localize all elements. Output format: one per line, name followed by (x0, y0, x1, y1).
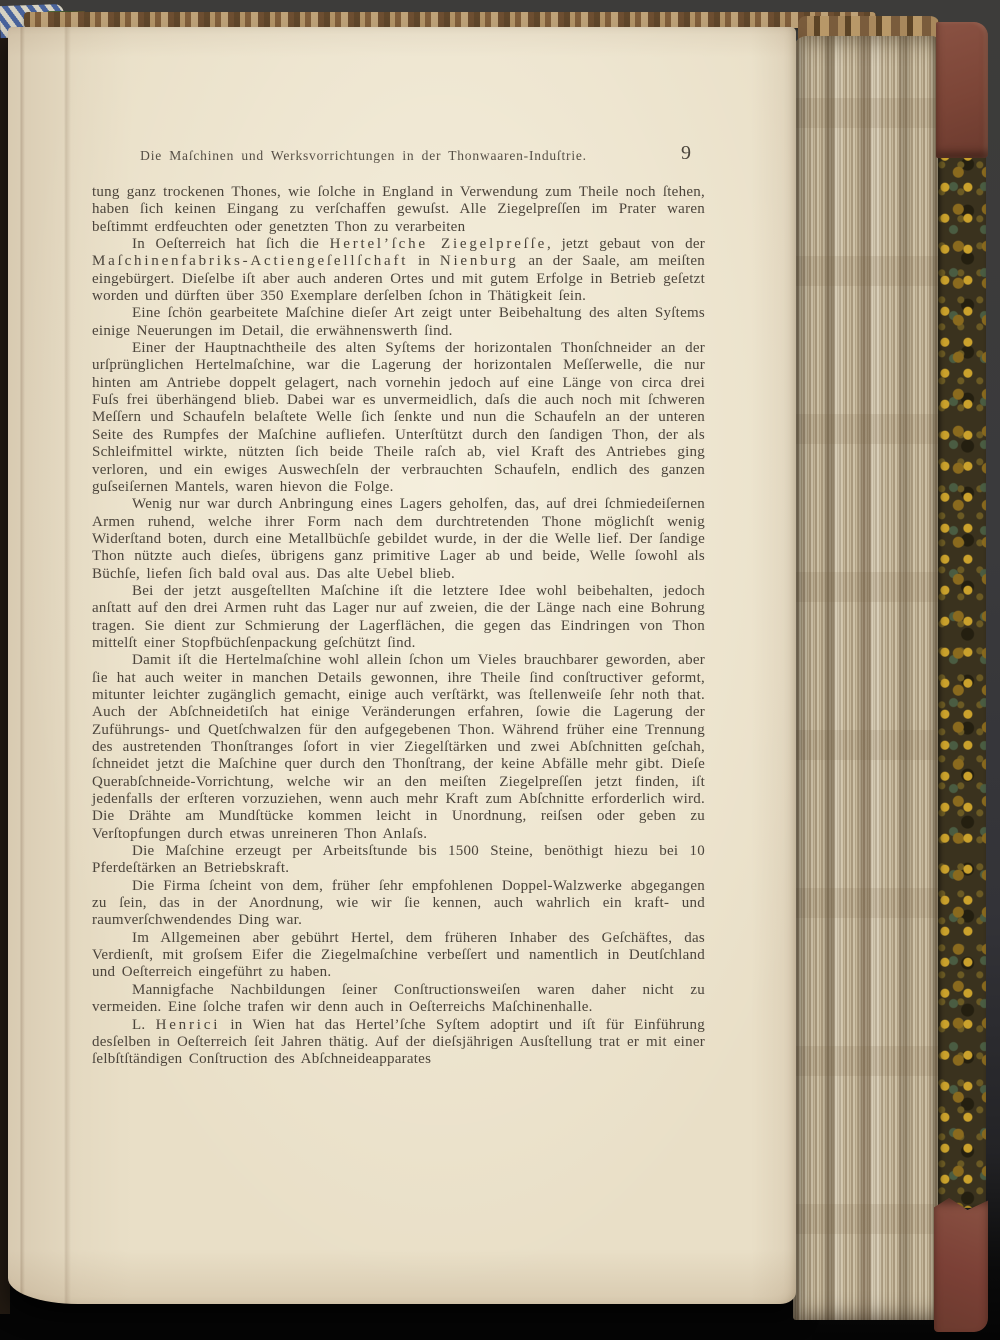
emphasized-name: Maſchinenfabriks-Actiengeſellſchaft (92, 253, 408, 269)
paragraph: In Oeſterreich hat ſich die Hertel’ſche … (92, 236, 705, 305)
text-segment: Die Maſchine erzeugt per Arbeitsſtunde b… (92, 843, 705, 876)
text-segment: Damit iſt die Hertelmaſchine wohl allein… (92, 652, 705, 841)
book-top-edge-speckle (24, 12, 876, 28)
text-body: tung ganz trockenen Thones, wie ſolche i… (92, 184, 705, 1069)
paragraph: Die Maſchine erzeugt per Arbeitsſtunde b… (92, 843, 705, 878)
book-scan-scene: { "document": { "header": { "running_tit… (0, 0, 1000, 1340)
text-segment: in (408, 253, 440, 269)
text-segment: Bei der jetzt ausgeſtellten Maſchine iſt… (92, 583, 705, 651)
text-segment: Mannigfache Nachbildungen ſeiner Conſtru… (92, 982, 705, 1015)
text-segment: L. (132, 1017, 156, 1033)
paragraph: tung ganz trockenen Thones, wie ſolche i… (92, 184, 705, 236)
running-title: Die Maſchinen und Werksvorrichtungen in … (140, 148, 587, 164)
paragraph: Mannigfache Nachbildungen ſeiner Conſtru… (92, 982, 705, 1017)
paragraph: Die Firma ſcheint von dem, früher ſehr e… (92, 878, 705, 930)
paragraph: Wenig nur war durch Anbringung eines Lag… (92, 496, 705, 583)
paragraph: Eine ſchön gearbeitete Maſchine dieſer A… (92, 305, 705, 340)
emphasized-name: Nienburg (440, 253, 519, 269)
text-segment: Im Allgemeinen aber gebührt Hertel, dem … (92, 930, 705, 981)
marbled-cover-strip (938, 150, 986, 1208)
paragraph: L. Henrici in Wien hat das Hertel’ſche S… (92, 1017, 705, 1069)
text-segment: Eine ſchön gearbeitete Maſchine dieſer A… (92, 305, 705, 338)
paragraph: Im Allgemeinen aber gebührt Hertel, dem … (92, 930, 705, 982)
emphasized-name: Henrici (156, 1017, 221, 1033)
paragraph: Damit iſt die Hertelmaſchine wohl allein… (92, 652, 705, 843)
text-segment: tung ganz trockenen Thones, wie ſolche i… (92, 184, 705, 235)
leather-corner-bottom (934, 1198, 988, 1332)
leather-corner-top (936, 22, 988, 158)
text-segment: In Oeſterreich hat ſich die (132, 236, 330, 252)
paragraph: Bei der jetzt ausgeſtellten Maſchine iſt… (92, 583, 705, 652)
text-segment: Die Firma ſcheint von dem, früher ſehr e… (92, 878, 705, 929)
text-segment: Wenig nur war durch Anbringung eines Lag… (92, 496, 705, 581)
page-text-block: Die Maſchinen und Werksvorrichtungen in … (92, 146, 705, 1069)
emphasized-name: Hertel’ſche Ziegelpreſſe (330, 236, 547, 252)
paragraph: Einer der Hauptnachtheile des alten Syſt… (92, 340, 705, 496)
text-segment: Einer der Hauptnachtheile des alten Syſt… (92, 340, 705, 495)
page-number: 9 (681, 142, 691, 165)
page-header: Die Maſchinen und Werksvorrichtungen in … (92, 146, 705, 170)
text-segment: , jetzt gebaut von der (547, 236, 705, 252)
fore-edge-page-stack (793, 36, 940, 1320)
